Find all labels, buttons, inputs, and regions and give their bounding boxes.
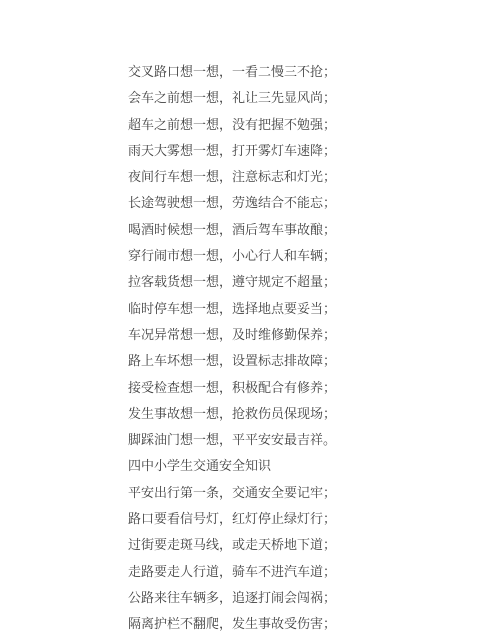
text-line: 交叉路口想一想，一看二慢三不抢； [128, 59, 336, 85]
text-line: 会车之前想一想，礼让三先显风尚； [128, 85, 336, 111]
text-line: 夜间行车想一想，注意标志和灯光； [128, 164, 336, 190]
text-line: 发生事故想一想，抢救伤员保现场； [128, 401, 336, 427]
document-page: 交叉路口想一想，一看二慢三不抢；会车之前想一想，礼让三先显风尚；超车之前想一想，… [0, 0, 500, 637]
text-line: 路上车坏想一想，设置标志排故障； [128, 348, 336, 374]
text-line: 雨天大雾想一想，打开雾灯车速降； [128, 138, 336, 164]
section-heading: 四中小学生交通安全知识 [128, 453, 336, 479]
text-line: 超车之前想一想，没有把握不勉强； [128, 112, 336, 138]
text-line: 路口要看信号灯，红灯停止绿灯行； [128, 506, 336, 532]
text-line: 喝酒时候想一想，酒后驾车事故酿； [128, 217, 336, 243]
text-line: 临时停车想一想，选择地点要妥当； [128, 296, 336, 322]
text-line: 隔离护栏不翻爬，发生事故受伤害； [128, 611, 336, 637]
text-line: 接受检查想一想，积极配合有修养； [128, 375, 336, 401]
text-line: 拉客载货想一想，遵守规定不超量； [128, 269, 336, 295]
text-line: 公路来往车辆多，追逐打闹会闯祸； [128, 585, 336, 611]
text-line: 走路要走人行道，骑车不进汽车道； [128, 559, 336, 585]
text-line: 长途驾驶想一想，劳逸结合不能忘； [128, 190, 336, 216]
text-line: 穿行闹市想一想，小心行人和车辆； [128, 243, 336, 269]
text-line: 过街要走斑马线，或走天桥地下道； [128, 532, 336, 558]
document-text: 交叉路口想一想，一看二慢三不抢；会车之前想一想，礼让三先显风尚；超车之前想一想，… [128, 59, 336, 637]
text-line: 平安出行第一条，交通安全要记牢； [128, 480, 336, 506]
text-line: 车况异常想一想，及时维修勤保养； [128, 322, 336, 348]
text-line: 脚踩油门想一想，平平安安最吉祥。 [128, 427, 336, 453]
